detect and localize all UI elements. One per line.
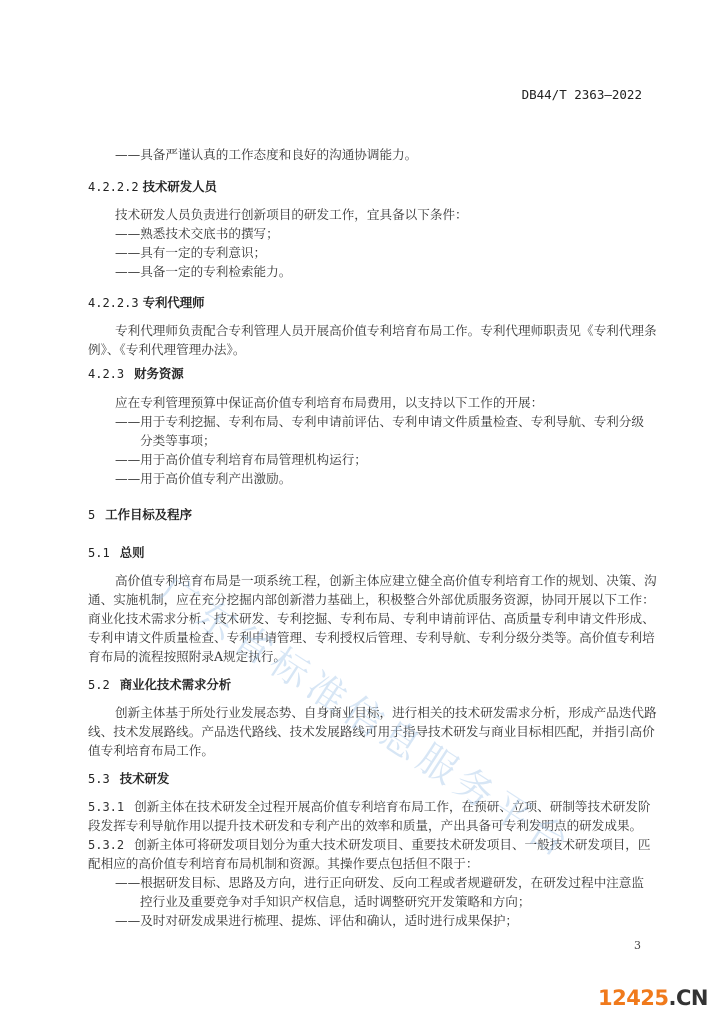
section-title: 财务资源: [134, 366, 184, 381]
list-item-continued: 控行业及重要竞争对手知识产权信息，适时调整研究开发策略和方向；: [140, 893, 530, 911]
section-heading-5-2: 5.2商业化技术需求分析: [88, 675, 231, 693]
section-heading-4-2-2-3: 4.2.2.3专利代理师: [88, 293, 205, 311]
list-item: ——熟悉技术交底书的撰写；: [115, 225, 279, 243]
paragraph-continued: 专利申请文件质量检查、专利申请管理、专利授权后管理、专利导航、专利分级分类等。高…: [88, 629, 655, 647]
section-heading-5-1: 5.1总则: [88, 543, 144, 561]
list-item: ——根据研发目标、思路及方向，进行正向研发、反向工程或者规避研发，在研发过程中注…: [115, 874, 644, 892]
section-heading-4-2-2-2: 4.2.2.2技术研发人员: [88, 177, 217, 195]
clause-number: 5.3.1: [88, 800, 124, 814]
section-number: 4.2.2.3: [88, 296, 139, 310]
list-item: ——及时对研发成果进行梳理、提炼、评估和确认，适时进行成果保护；: [115, 912, 518, 930]
logo-domain: .CN: [669, 986, 708, 1010]
section-number: 4.2.2.2: [88, 180, 139, 194]
clause-5-3-1: 5.3.1创新主体在技术研发全过程开展高价值专利培育布局工作，在预研、立项、研制…: [88, 798, 650, 816]
paragraph-continued: 值专利培育布局工作。: [88, 742, 214, 760]
clause-text: 创新主体在技术研发全过程开展高价值专利培育布局工作，在预研、立项、研制等技术研发…: [134, 799, 650, 814]
section-title: 总则: [120, 545, 145, 560]
section-title: 商业化技术需求分析: [120, 677, 232, 692]
paragraph-continued: 线、技术发展路线。产品迭代路线、技术发展路线可用于指导技术研发与商业目标相匹配，…: [88, 723, 655, 741]
section-title: 专利代理师: [143, 295, 205, 310]
page-number: 3: [634, 939, 641, 952]
section-title: 技术研发: [120, 771, 170, 786]
clause-number: 5.3.2: [88, 838, 124, 852]
paragraph: 应在专利管理预算中保证高价值专利培育布局费用，以支持以下工作的开展：: [115, 394, 543, 412]
list-item: ——具备严谨认真的工作态度和良好的沟通协调能力。: [115, 146, 417, 164]
list-item: ——用于高价值专利产出激励。: [115, 470, 291, 488]
section-title: 技术研发人员: [143, 179, 217, 194]
logo-number: 12425: [598, 986, 669, 1010]
section-number: 5: [88, 508, 95, 522]
paragraph-continued: 例》、《专利代理管理办法》。: [88, 341, 245, 359]
paragraph: 高价值专利培育布局是一项系统工程，创新主体应建立健全高价值专利培育工作的规划、决…: [115, 572, 657, 590]
list-item-continued: 分类等事项；: [140, 432, 216, 450]
paragraph-continued: 段发挥专利导航作用以提升技术研发和专利产出的效率和质量，产出具备可专利发明点的研…: [88, 817, 642, 835]
section-number: 4.2.3: [88, 367, 124, 381]
list-item: ——具有一定的专利意识；: [115, 244, 266, 262]
list-item: ——用于专利挖掘、专利布局、专利申请前评估、专利申请文件质量检查、专利导航、专利…: [115, 413, 644, 431]
paragraph-continued: 育布局的流程按照附录A规定执行。: [88, 648, 286, 666]
clause-text: 创新主体可将研发项目划分为重大技术研发项目、重要技术研发项目、一般技术研发项目，…: [134, 837, 650, 852]
list-item: ——具备一定的专利检索能力。: [115, 263, 291, 281]
section-number: 5.1: [88, 546, 110, 560]
clause-5-3-2: 5.3.2创新主体可将研发项目划分为重大技术研发项目、重要技术研发项目、一般技术…: [88, 836, 650, 854]
list-item: ——用于高价值专利培育布局管理机构运行；: [115, 451, 367, 469]
paragraph-continued: 配相应的高价值专利培育布局机制和资源。其操作要点包括但不限于：: [88, 855, 478, 873]
paragraph: 创新主体基于所处行业发展态势、自身商业目标，进行相关的技术研发需求分析，形成产品…: [115, 704, 657, 722]
paragraph: 专利代理师负责配合专利管理人员开展高价值专利培育布局工作。专利代理师职责见《专利…: [115, 322, 657, 340]
section-heading-5: 5工作目标及程序: [88, 505, 192, 523]
paragraph-continued: 通、实施机制，应在充分挖掘内部创新潜力基础上，积极整合外部优质服务资源，协同开展…: [88, 591, 655, 609]
section-title: 工作目标及程序: [105, 507, 192, 522]
paragraph-continued: 商业化技术需求分析、技术研发、专利挖掘、专利布局、专利申请前评估、高质量专利申请…: [88, 610, 655, 628]
section-number: 5.2: [88, 678, 110, 692]
site-logo[interactable]: 12425.CN: [598, 986, 708, 1010]
section-heading-5-3: 5.3技术研发: [88, 769, 169, 787]
section-heading-4-2-3: 4.2.3财务资源: [88, 364, 184, 382]
section-number: 5.3: [88, 772, 110, 786]
paragraph: 技术研发人员负责进行创新项目的研发工作，宜具备以下条件：: [115, 206, 468, 224]
document-code: DB44/T 2363—2022: [522, 87, 642, 102]
